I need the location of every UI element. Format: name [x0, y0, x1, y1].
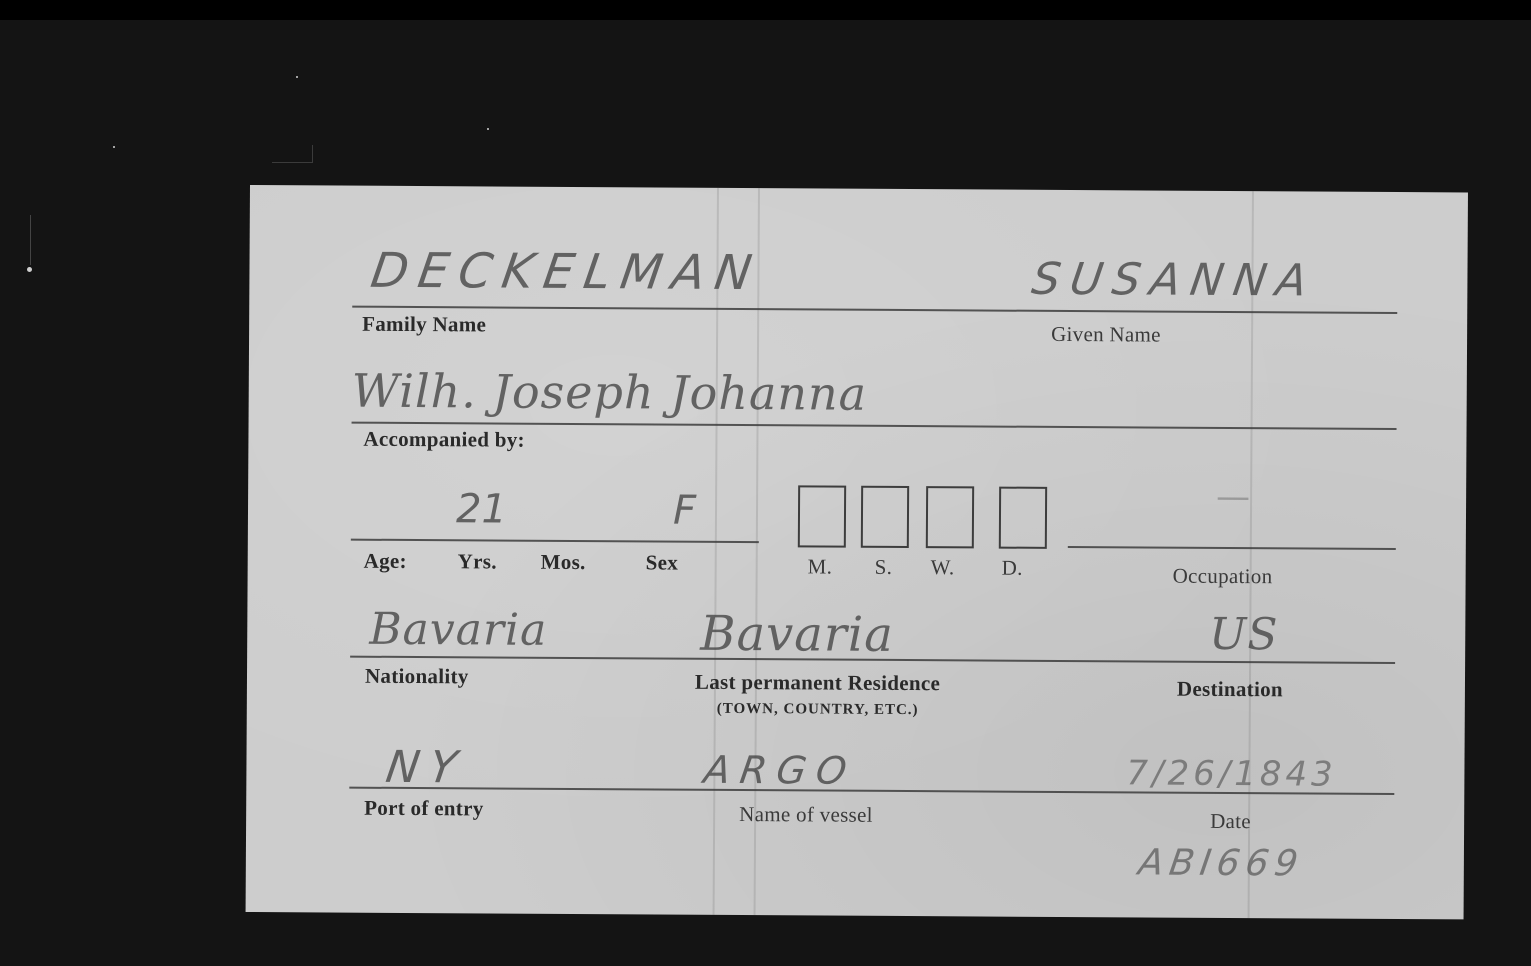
- marital-status-married-checkbox[interactable]: [798, 485, 846, 547]
- marital-status-single-label: S.: [875, 555, 893, 580]
- marital-status-married-label: M.: [808, 554, 833, 579]
- age-label: Age:: [364, 549, 407, 574]
- sex-value: F: [673, 488, 696, 534]
- immigration-index-card: DECKELMAN Family Name SUSANNA Given Name…: [246, 185, 1468, 919]
- given-name-value: SUSANNA: [1029, 254, 1321, 307]
- vessel-name-value: ARGO: [701, 748, 859, 793]
- last-residence-label: Last permanent Residence: [695, 670, 940, 696]
- destination-label: Destination: [1177, 677, 1283, 703]
- family-name-value: DECKELMAN: [367, 243, 765, 301]
- age-years-value: 21: [456, 486, 507, 532]
- port-of-entry-label: Port of entry: [364, 796, 484, 822]
- date-label: Date: [1210, 809, 1251, 834]
- marital-status-widowed-checkbox[interactable]: [926, 486, 974, 548]
- date-value: 7/26/1843: [1126, 753, 1337, 794]
- family-name-rule: [352, 306, 1397, 314]
- film-dust-speck: [487, 128, 489, 130]
- nationality-value: Bavaria: [369, 604, 547, 656]
- film-dust-speck: [27, 267, 32, 272]
- occupation-rule: [1068, 546, 1396, 550]
- occupation-value: —: [1216, 477, 1250, 517]
- film-dust-speck: [296, 76, 298, 78]
- last-residence-value: Bavaria: [700, 606, 894, 663]
- family-name-label: Family Name: [362, 312, 486, 338]
- sex-label: Sex: [646, 550, 679, 575]
- film-corner-mark: [272, 145, 313, 163]
- age-sex-rule: [351, 539, 759, 543]
- accompanied-by-label: Accompanied by:: [363, 427, 525, 453]
- marital-status-widowed-label: W.: [931, 555, 955, 580]
- marital-status-divorced-label: D.: [1002, 556, 1023, 581]
- film-top-edge: [0, 0, 1531, 20]
- occupation-label: Occupation: [1173, 564, 1273, 590]
- port-of-entry-value: NY: [383, 742, 470, 793]
- marital-status-divorced-checkbox[interactable]: [999, 487, 1047, 549]
- marital-status-single-checkbox[interactable]: [861, 486, 909, 548]
- last-residence-sublabel: (TOWN, COUNTRY, ETC.): [717, 701, 919, 719]
- reference-code: ABI669: [1136, 842, 1307, 884]
- film-dust-speck: [113, 146, 115, 148]
- vessel-name-label: Name of vessel: [739, 802, 873, 828]
- destination-value: US: [1209, 609, 1279, 660]
- film-scratch: [30, 215, 31, 265]
- nationality-label: Nationality: [365, 664, 469, 690]
- age-years-label: Yrs.: [458, 549, 497, 574]
- given-name-label: Given Name: [1051, 322, 1161, 348]
- accompanied-by-value: Wilh. Joseph Johanna: [352, 364, 868, 421]
- age-months-label: Mos.: [541, 550, 586, 575]
